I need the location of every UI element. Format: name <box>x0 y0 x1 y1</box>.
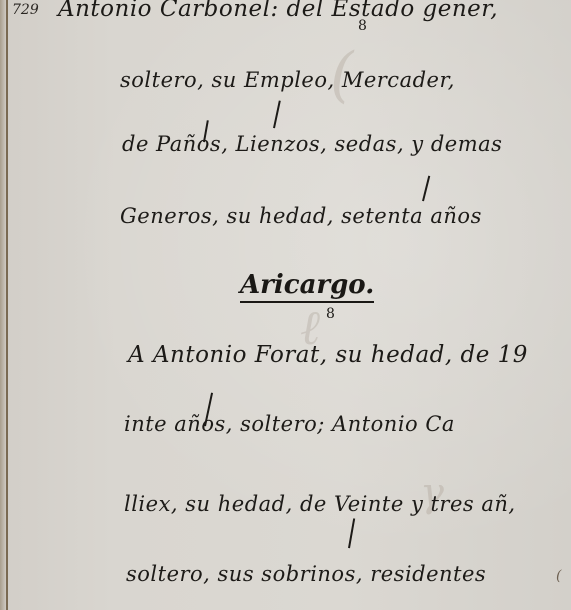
pen-stroke <box>273 100 280 128</box>
text-line-8: soltero, sus sobrinos, residentes <box>126 562 486 586</box>
pen-stroke <box>348 518 355 548</box>
text-line-5: A Antonio Forat, su hedad, de 19 <box>128 342 528 368</box>
pen-stroke <box>422 176 430 202</box>
binding-edge <box>6 0 8 610</box>
text-line-4: Generos, su hedad, setenta años <box>120 204 482 228</box>
flourish-mark: 8 <box>326 306 335 322</box>
flourish-mark: 8 <box>358 18 367 34</box>
margin-mark: ( <box>556 568 561 584</box>
entry-number: 729 <box>12 2 39 18</box>
manuscript-page: ( ℓ γ 729 Antonio Carbonel: del Estado g… <box>0 0 571 610</box>
text-line-1: Antonio Carbonel: del Estado gener, <box>58 0 498 22</box>
text-line-6: inte años, soltero; Antonio Ca <box>124 412 455 436</box>
section-heading: Aricargo. <box>240 270 374 303</box>
text-line-2: soltero, su Empleo, Mercader, <box>120 68 455 92</box>
text-line-3: de Paños, Lienzos, sedas, y demas <box>122 132 502 156</box>
text-line-7: lliex, su hedad, de Veinte y tres añ, <box>124 492 516 516</box>
